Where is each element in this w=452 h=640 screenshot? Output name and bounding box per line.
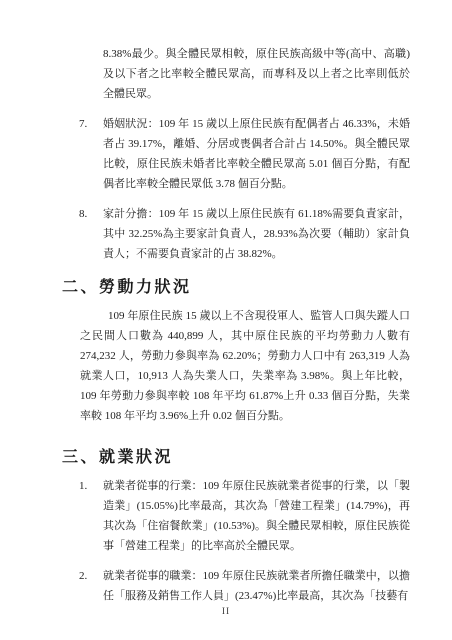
section-heading-employment: 三、就業狀況: [62, 446, 410, 470]
list-item-text: 就業者從事的行業：109 年原住民族就業者從事的行業，以「製造業」(15.05%…: [103, 476, 410, 556]
section-heading-labor-force: 二、勞動力狀況: [62, 276, 410, 300]
list-item-2: 2. 就業者從事的職業：109 年原住民族就業者所擔任職業中，以擔任「服務及銷售…: [79, 566, 410, 606]
continuation-paragraph: 8.38%最少。與全體民眾相較，原住民族高級中等(高中、高職)及以下者之比率較全…: [103, 44, 410, 104]
document-page: 8.38%最少。與全體民眾相較，原住民族高級中等(高中、高職)及以下者之比率較全…: [0, 0, 452, 640]
list-item-marker: 1.: [79, 476, 87, 496]
list-item-1: 1. 就業者從事的行業：109 年原住民族就業者從事的行業，以「製造業」(15.…: [79, 476, 410, 556]
list-item-marker: 2.: [79, 566, 87, 586]
list-item-text: 就業者從事的職業：109 年原住民族就業者所擔任職業中，以擔任「服務及銷售工作人…: [103, 566, 410, 606]
list-item-marker: 8.: [79, 204, 87, 224]
list-item-text: 婚姻狀況：109 年 15 歲以上原住民族有配偶者占 46.33%，未婚者占 3…: [103, 114, 410, 194]
list-item-8: 8. 家計分擔：109 年 15 歲以上原住民族有 61.18%需要負責家計，其…: [79, 204, 410, 264]
list-item-7: 7. 婚姻狀況：109 年 15 歲以上原住民族有配偶者占 46.33%，未婚者…: [79, 114, 410, 194]
list-item-marker: 7.: [79, 114, 87, 134]
page-number: II: [0, 606, 452, 618]
labor-force-paragraph: 109 年原住民族 15 歲以上不含現役軍人、監管人口與失蹤人口之民間人口數為 …: [80, 306, 410, 426]
list-item-text: 家計分擔：109 年 15 歲以上原住民族有 61.18%需要負責家計，其中 3…: [103, 204, 410, 264]
